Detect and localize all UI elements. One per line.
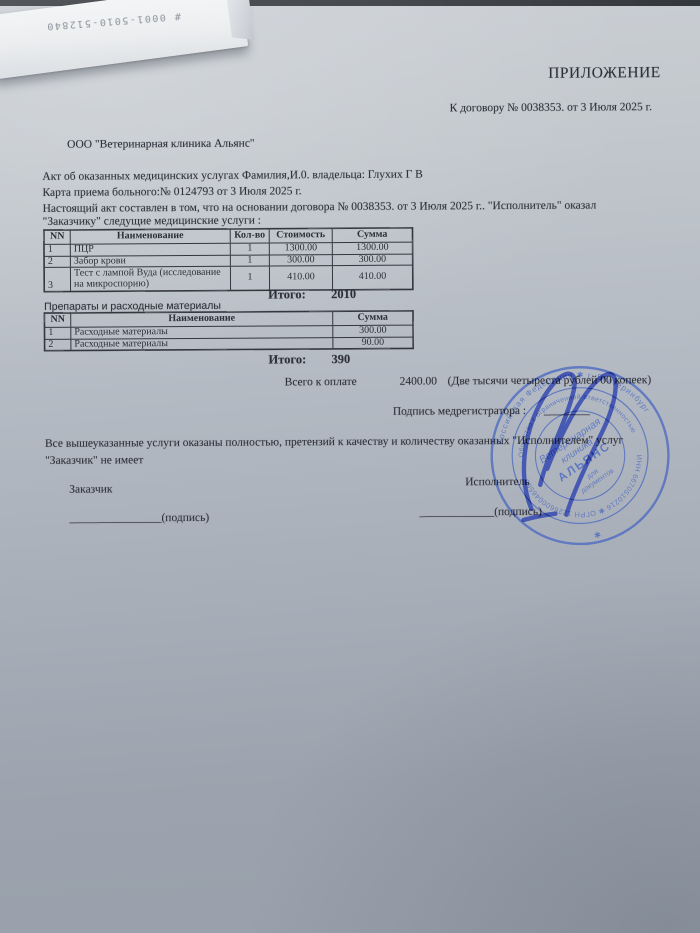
closing-statement-line2: "Заказчик" не имеет <box>45 454 143 467</box>
services-total-label: Итого: <box>268 287 306 302</box>
patient-card-line: Карта приема больного:№ 0124793 от 3 Июл… <box>42 185 301 199</box>
cell-name: Тест с лампой Вуда (исследование на микр… <box>70 267 230 292</box>
total-due-label: Всего к оплате <box>285 376 357 388</box>
table-row: 2 Расходные материалы 90.00 <box>45 337 413 351</box>
document-content: ПРИЛОЖЕНИЕ К договору № 0038353. от 3 Ию… <box>0 0 700 933</box>
col-header-sum: Сумма <box>332 228 412 242</box>
col-header-name: Наименование <box>70 229 230 244</box>
cell-name: ПЦР <box>70 243 230 256</box>
cell-nn: 1 <box>45 327 71 339</box>
contract-reference-line: К договору № 0038353. от 3 Июля 2025 г. <box>450 101 652 114</box>
svg-text:✱: ✱ <box>593 529 602 540</box>
materials-total-label: Итого: <box>268 352 306 367</box>
document-title: ПРИЛОЖЕНИЕ <box>548 64 661 83</box>
table-row: 3 Тест с лампой Вуда (исследование на ми… <box>44 266 412 292</box>
cell-sum: 300.00 <box>332 254 412 266</box>
stamp-outer-ring-bottom-text: ✱ <box>593 529 602 540</box>
cell-sum: 90.00 <box>333 337 413 349</box>
cell-qty: 1 <box>230 243 269 255</box>
col-header-price: Стоимость <box>269 229 332 243</box>
materials-total-value: 390 <box>331 352 350 367</box>
cell-sum: 1300.00 <box>332 242 412 254</box>
cell-qty: 1 <box>230 255 269 267</box>
services-table: NN Наименование Кол-во Стоимость Сумма 1… <box>44 228 413 293</box>
cell-price: 300.00 <box>269 254 332 266</box>
signature-graphic <box>500 356 661 529</box>
materials-section-title: Препараты и расходные материалы <box>44 300 221 313</box>
cell-price: 1300.00 <box>269 242 332 254</box>
customer-signature-line: ________________(подпись) <box>69 512 209 525</box>
col-header-nn: NN <box>44 230 70 244</box>
cell-nn: 3 <box>44 268 70 292</box>
col-header-nn: NN <box>45 313 71 327</box>
act-basis-line: Настоящий акт составлен в том, что на ос… <box>43 199 597 214</box>
cell-nn: 2 <box>45 339 71 351</box>
total-due-amount: 2400.00 <box>400 375 437 387</box>
receipt-fold-corner <box>225 0 254 40</box>
col-header-sum: Сумма <box>333 311 413 325</box>
services-intro-line: "Заказчику" следущие медицинские услуги … <box>43 215 261 228</box>
cell-qty: 1 <box>230 266 269 290</box>
organization-name: ООО "Ветеринарная клиника Альянс" <box>67 138 255 151</box>
cell-sum: 300.00 <box>333 325 413 337</box>
services-total-value: 2010 <box>331 287 356 302</box>
cell-nn: 2 <box>44 256 70 268</box>
act-title-line: Акт об оказанных медицинских услугах Фам… <box>42 169 422 183</box>
registrar-handwritten-signature <box>500 356 661 529</box>
receipt-code-text: # 0001-5010-512840 <box>6 7 221 35</box>
cell-name: Расходные материалы <box>71 337 333 350</box>
col-header-qty: Кол-во <box>230 229 269 243</box>
cell-nn: 1 <box>44 244 70 256</box>
materials-table: NN Наименование Сумма 1 Расходные матери… <box>44 311 413 352</box>
customer-label: Заказчик <box>69 483 112 495</box>
cell-name: Забор крови <box>70 255 230 268</box>
